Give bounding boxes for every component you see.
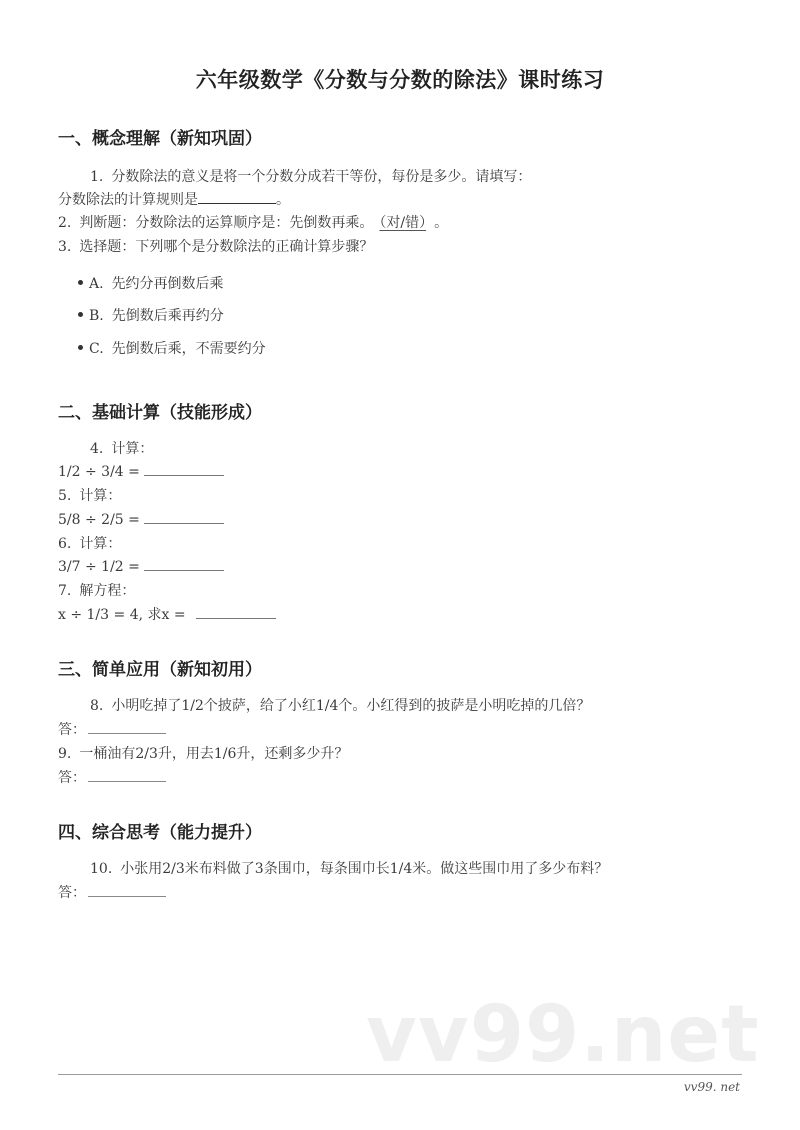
option-b[interactable]: B.先倒数后乘再约分	[78, 307, 224, 325]
question-number: 5.	[58, 488, 71, 504]
option-label: C.	[89, 341, 104, 357]
option-label: A.	[89, 276, 104, 292]
answer-blank[interactable]	[88, 884, 166, 897]
question-text: 选择题：下列哪个是分数除法的正确计算步骤？	[79, 239, 373, 255]
question-number: 4.	[90, 441, 103, 457]
question-text: 一桶油有2/3升，用去1/6升，还剩多少升？	[79, 746, 348, 762]
judge-answer-blank[interactable]: （对/错）	[373, 215, 434, 231]
question-8: 8.小明吃掉了1/2个披萨，给了小红1/4个。小红得到的披萨是小明吃掉的几倍？	[90, 697, 590, 715]
question-1-line-2: 分数除法的计算规则是。	[58, 191, 290, 209]
question-2: 2.判断题：分数除法的运算顺序是：先倒数再乘。（对/错）。	[58, 214, 448, 232]
math-expression: 1/2 ÷ 3/4 =	[58, 464, 140, 480]
question-number: 8.	[90, 698, 103, 714]
question-prompt: 计算：	[111, 441, 153, 457]
answer-blank[interactable]	[88, 721, 166, 734]
bullet-icon	[78, 280, 83, 285]
question-number: 10.	[90, 861, 112, 877]
footer-divider	[58, 1074, 742, 1075]
question-4-expression: 1/2 ÷ 3/4 =	[58, 463, 224, 481]
question-text: 判断题：分数除法的运算顺序是：先倒数再乘。	[79, 215, 373, 231]
question-1-line-1: 1.分数除法的意义是将一个分数分成若干等份，每份是多少。请填写：	[90, 168, 531, 186]
question-7-prompt: 7.解方程：	[58, 582, 135, 600]
answer-blank[interactable]	[144, 558, 224, 571]
question-8-answer: 答：	[58, 721, 166, 739]
section-heading-4: 四、综合思考（能力提升）	[58, 818, 262, 843]
punctuation: 。	[276, 192, 290, 208]
question-text: 分数除法的意义是将一个分数分成若干等份，每份是多少。请填写：	[111, 169, 531, 185]
question-number: 1.	[90, 169, 103, 185]
answer-blank[interactable]	[196, 606, 276, 619]
option-label: B.	[89, 308, 104, 324]
question-number: 6.	[58, 536, 71, 552]
question-number: 2.	[58, 215, 71, 231]
question-10: 10.小张用2/3米布料做了3条围巾，每条围巾长1/4米。做这些围巾用了多少布料…	[90, 860, 608, 878]
answer-blank[interactable]	[144, 511, 224, 524]
question-number: 9.	[58, 746, 71, 762]
math-expression: 5/8 ÷ 2/5 =	[58, 512, 140, 528]
option-text: 先约分再倒数后乘	[112, 276, 224, 292]
question-6-prompt: 6.计算：	[58, 535, 121, 553]
footer-site-label: vv99. net	[684, 1080, 740, 1094]
question-4-prompt: 4.计算：	[90, 440, 153, 458]
option-text: 先倒数后乘，不需要约分	[112, 341, 266, 357]
question-prompt: 解方程：	[79, 583, 135, 599]
question-9: 9.一桶油有2/3升，用去1/6升，还剩多少升？	[58, 745, 348, 763]
question-5-prompt: 5.计算：	[58, 487, 121, 505]
question-text: 分数除法的计算规则是	[58, 192, 198, 208]
punctuation: 。	[434, 215, 448, 231]
section-heading-3: 三、简单应用（新知初用）	[58, 655, 262, 680]
answer-blank[interactable]	[144, 463, 224, 476]
question-9-answer: 答：	[58, 769, 166, 787]
page-title: 六年级数学《分数与分数的除法》课时练习	[0, 64, 800, 94]
question-text: 小张用2/3米布料做了3条围巾，每条围巾长1/4米。做这些围巾用了多少布料？	[120, 861, 608, 877]
worksheet-page: 六年级数学《分数与分数的除法》课时练习 一、概念理解（新知巩固） 1.分数除法的…	[0, 0, 800, 1130]
option-text: 先倒数后乘再约分	[112, 308, 224, 324]
question-number: 7.	[58, 583, 71, 599]
watermark: vv99.net	[366, 990, 760, 1080]
question-prompt: 计算：	[79, 488, 121, 504]
option-a[interactable]: A.先约分再倒数后乘	[78, 275, 224, 293]
question-3: 3.选择题：下列哪个是分数除法的正确计算步骤？	[58, 238, 373, 256]
bullet-icon	[78, 345, 83, 350]
question-6-expression: 3/7 ÷ 1/2 =	[58, 558, 224, 576]
answer-label: 答：	[58, 885, 86, 901]
question-prompt: 计算：	[79, 536, 121, 552]
section-heading-2: 二、基础计算（技能形成）	[58, 398, 262, 423]
answer-label: 答：	[58, 722, 86, 738]
section-heading-1: 一、概念理解（新知巩固）	[58, 124, 262, 149]
option-c[interactable]: C.先倒数后乘，不需要约分	[78, 340, 266, 358]
question-number: 3.	[58, 239, 71, 255]
answer-label: 答：	[58, 770, 86, 786]
question-10-answer: 答：	[58, 884, 166, 902]
math-expression: 3/7 ÷ 1/2 =	[58, 559, 140, 575]
math-expression: x ÷ 1/3 = 4, 求x =	[58, 607, 186, 623]
question-7-expression: x ÷ 1/3 = 4, 求x =	[58, 606, 276, 624]
question-5-expression: 5/8 ÷ 2/5 =	[58, 511, 224, 529]
answer-blank[interactable]	[198, 191, 276, 204]
answer-blank[interactable]	[88, 769, 166, 782]
question-text: 小明吃掉了1/2个披萨，给了小红1/4个。小红得到的披萨是小明吃掉的几倍？	[111, 698, 590, 714]
bullet-icon	[78, 312, 83, 317]
